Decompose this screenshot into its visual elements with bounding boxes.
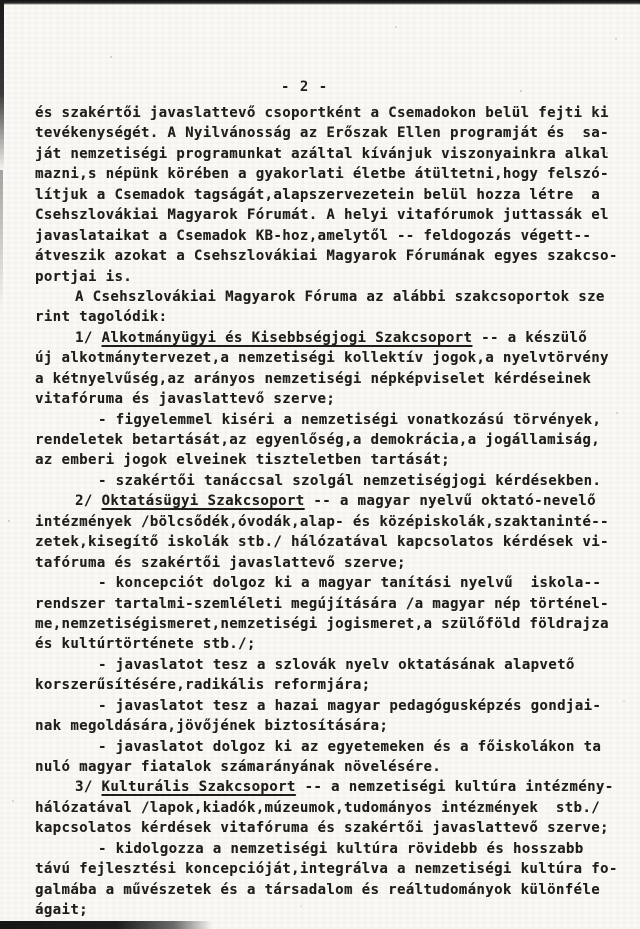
scan-edge-top — [0, 0, 640, 5]
text-line: A Csehszlovákiai Magyarok Fóruma az aláb… — [35, 287, 623, 307]
text-segment: intézmények /bölcsődék,óvodák,alap- és k… — [35, 514, 609, 530]
text-line: tevékenységét. A Nyilvánosság az Erőszak… — [35, 123, 623, 143]
text-line: tafóruma és szakértői javaslattevő szerv… — [35, 553, 623, 573]
text-line: 1/ Alkotmányügyi és Kisebbségjogi Szakcs… — [35, 328, 623, 348]
text-line: kapcsolatos kérdések vitafóruma és szaké… — [35, 818, 623, 838]
section-heading: Oktatásügyi Szakcsoport — [102, 493, 305, 509]
document-body: és szakértői javaslattevő csoportként a … — [35, 103, 623, 921]
text-segment: -- a készülő — [472, 330, 587, 346]
section-heading: Kulturális Szakcsoport — [102, 779, 296, 795]
scanned-document-screenshot: { "page": { "number_label": "- 2 -" }, "… — [0, 0, 640, 929]
text-segment: nak megoldására,jövőjének biztosítására; — [35, 718, 388, 734]
text-line: a kétnyelvűség,az arányos nemzetiségi né… — [35, 369, 623, 389]
text-segment: javaslataikat a Csemadok KB-hoz,amelytől… — [35, 228, 591, 244]
text-line: vitafóruma és javaslattevő szerve; — [35, 389, 623, 409]
text-segment: kapcsolatos kérdések vitafóruma és szaké… — [35, 820, 609, 836]
text-line: - javaslatot tesz a szlovák nyelv oktatá… — [35, 655, 623, 675]
text-segment: átveszik azokat a Csehszlovákiai Magyaro… — [35, 248, 618, 264]
text-segment: lítjuk a Csemadok tagságát,alapszervezet… — [35, 187, 600, 203]
text-segment: korszerűsítésére,radikális reformjára; — [35, 677, 371, 693]
text-line: és kultúrtörténete stb./; — [35, 634, 623, 654]
text-segment: nuló magyar fiatalok számarányának növel… — [35, 759, 441, 775]
text-segment: hálózatával /lapok,kiadók,múzeumok,tudom… — [35, 800, 600, 816]
text-segment: - javaslatot dolgoz ki az egyetemeken és… — [98, 739, 601, 755]
text-line: rendeletek betartását,az egyenlőség,a de… — [35, 430, 623, 450]
text-line: lítjuk a Csemadok tagságát,alapszervezet… — [35, 185, 623, 205]
scan-edge-left — [0, 0, 4, 170]
text-segment: a kétnyelvűség,az arányos nemzetiségi né… — [35, 371, 591, 387]
text-line: - koncepciót dolgoz ki a magyar tanítási… — [35, 573, 623, 593]
page-number: - 2 - — [281, 79, 328, 95]
text-line: intézmények /bölcsődék,óvodák,alap- és k… — [35, 512, 623, 532]
text-segment: me,nemzetiségismeret,nemzetiségi jogisme… — [35, 616, 609, 632]
text-line: - figyelemmel kiséri a nemzetiségi vonat… — [35, 410, 623, 430]
text-line: rendszer tartalmi-szemléleti megújításár… — [35, 594, 623, 614]
text-segment: tafóruma és szakértői javaslattevő szerv… — [35, 555, 406, 571]
text-segment: új alkotmánytervezet,a nemzetiségi kolle… — [35, 350, 609, 366]
text-line: nuló magyar fiatalok számarányának növel… — [35, 757, 623, 777]
text-line: távú fejlesztési koncepcióját,integrálva… — [35, 859, 623, 879]
text-segment: zetek,kisegítő iskolák stb./ hálózatával… — [35, 534, 609, 550]
text-line: zetek,kisegítő iskolák stb./ hálózatával… — [35, 532, 623, 552]
text-segment: és kultúrtörténete stb./; — [35, 636, 256, 652]
text-line: javaslataikat a Csemadok KB-hoz,amelytől… — [35, 226, 623, 246]
text-line: galmába a művészetek és a társadalom és … — [35, 880, 623, 900]
text-segment: - koncepciót dolgoz ki a magyar tanítási… — [98, 575, 601, 591]
text-segment: - figyelemmel kiséri a nemzetiségi vonat… — [98, 412, 601, 428]
text-line: átveszik azokat a Csehszlovákiai Magyaro… — [35, 246, 623, 266]
text-line: az emberi jogok elveinek tiszteletben ta… — [35, 450, 623, 470]
text-line: rint tagolódik: — [35, 307, 623, 327]
text-line: portjai is. — [35, 267, 623, 287]
section-heading: Alkotmányügyi és Kisebbségjogi Szakcsopo… — [102, 330, 473, 346]
text-segment: mazni,s népünk körében a gyakorlati élet… — [35, 166, 609, 182]
text-segment: rendeletek betartását,az egyenlőség,a de… — [35, 432, 600, 448]
text-line: korszerűsítésére,radikális reformjára; — [35, 675, 623, 695]
text-segment: A Csehszlovákiai Magyarok Fóruma az aláb… — [75, 289, 605, 305]
scan-noise-specks — [0, 0, 2, 2]
text-line: - szakértői tanáccsal szolgál nemzetiség… — [35, 471, 623, 491]
text-line: hálózatával /lapok,kiadók,múzeumok,tudom… — [35, 798, 623, 818]
text-segment: az emberi jogok elveinek tiszteletben ta… — [35, 452, 450, 468]
text-line: - javaslatot dolgoz ki az egyetemeken és… — [35, 737, 623, 757]
text-segment: rint tagolódik: — [35, 309, 167, 325]
text-segment: tevékenységét. A Nyilvánosság az Erőszak… — [35, 125, 609, 141]
text-segment: portjai is. — [35, 269, 132, 285]
scan-edge-bottom — [0, 921, 212, 929]
text-segment: galmába a művészetek és a társadalom és … — [35, 882, 600, 898]
scan-edge-left-faded — [0, 170, 3, 310]
text-line: - kidolgozza a nemzetiségi kultúra rövid… — [35, 839, 623, 859]
text-segment: - szakértői tanáccsal szolgál nemzetiség… — [98, 473, 601, 489]
text-line: 3/ Kulturális Szakcsoport -- a nemzetisé… — [35, 777, 623, 797]
text-line: - javaslatot tesz a hazai magyar pedagóg… — [35, 696, 623, 716]
text-line: új alkotmánytervezet,a nemzetiségi kolle… — [35, 348, 623, 368]
text-segment: 1/ — [75, 330, 102, 346]
text-segment: - javaslatot tesz a hazai magyar pedagóg… — [98, 698, 601, 714]
text-line: me,nemzetiségismeret,nemzetiségi jogisme… — [35, 614, 623, 634]
text-segment: 2/ — [75, 493, 102, 509]
text-line: mazni,s népünk körében a gyakorlati élet… — [35, 164, 623, 184]
text-segment: vitafóruma és javaslattevő szerve; — [35, 391, 335, 407]
text-segment: -- a nemzetiségi kultúra intézmény- — [296, 779, 614, 795]
text-segment: ágait; — [35, 902, 88, 918]
text-segment: Csehszlovákiai Magyarok Fórumát. A helyi… — [35, 207, 609, 223]
document-page: - 2 - és szakértői javaslattevő csoportk… — [0, 0, 640, 929]
text-line: és szakértői javaslattevő csoportként a … — [35, 103, 623, 123]
text-line: ágait; — [35, 900, 623, 920]
text-segment: -- a magyar nyelvű oktató-nevelő — [305, 493, 596, 509]
text-segment: és szakértői javaslattevő csoportként a … — [35, 105, 609, 121]
text-line: ját nemzetiségi programunkat azáltal kív… — [35, 144, 623, 164]
text-segment: ját nemzetiségi programunkat azáltal kív… — [35, 146, 609, 162]
text-segment: rendszer tartalmi-szemléleti megújításár… — [35, 596, 609, 612]
text-segment: 3/ — [75, 779, 102, 795]
text-segment: távú fejlesztési koncepcióját,integrálva… — [35, 861, 618, 877]
text-segment: - javaslatot tesz a szlovák nyelv oktatá… — [98, 657, 575, 673]
text-segment: - kidolgozza a nemzetiségi kultúra rövid… — [98, 841, 584, 857]
text-line: Csehszlovákiai Magyarok Fórumát. A helyi… — [35, 205, 623, 225]
text-line: nak megoldására,jövőjének biztosítására; — [35, 716, 623, 736]
text-line: 2/ Oktatásügyi Szakcsoport -- a magyar n… — [35, 491, 623, 511]
